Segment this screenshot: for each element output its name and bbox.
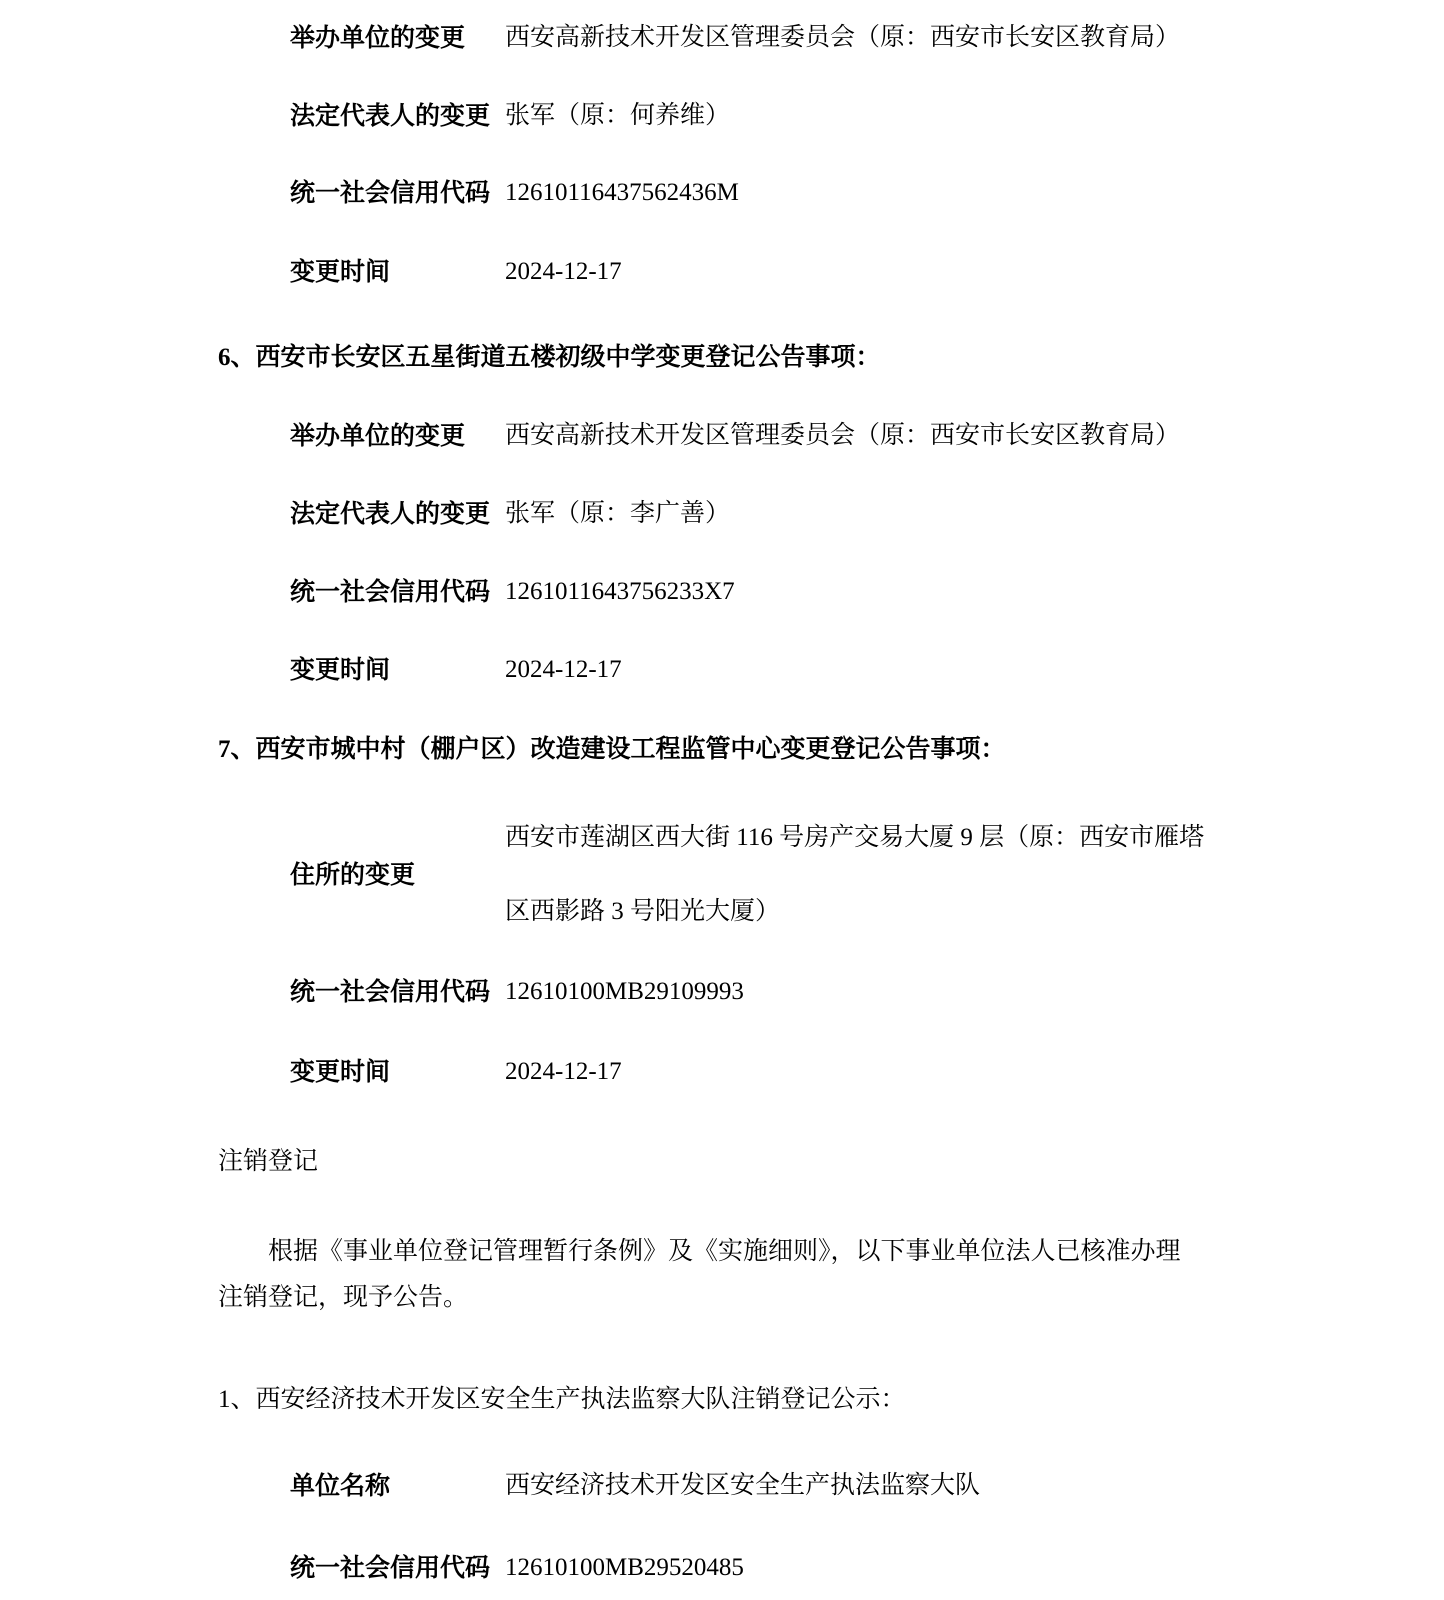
item6-credit-code-value: 1261011643756233X7 [505,575,735,609]
item5-sponsor-change-label: 举办单位的变更 [290,21,465,55]
item5-legal-rep-change-value: 张军（原：何养维） [505,99,730,133]
item5-sponsor-change-value: 西安高新技术开发区管理委员会（原：西安市长安区教育局） [505,21,1180,55]
cancellation-item1-heading: 1、西安经济技术开发区安全生产执法监察大队注销登记公示： [218,1383,906,1417]
item6-legal-rep-change-value: 张军（原：李广善） [505,497,730,531]
item5-legal-rep-change-label: 法定代表人的变更 [290,99,490,133]
announcement-document-page: 举办单位的变更 西安高新技术开发区管理委员会（原：西安市长安区教育局） 法定代表… [0,0,1444,1600]
cancellation-intro-line1: 根据《事业单位登记管理暂行条例》及《实施细则》，以下事业单位法人已核准办理 [268,1235,1181,1269]
item7-address-change-value-line1: 西安市莲湖区西大街 116 号房产交易大厦 9 层（原：西安市雁塔 [505,821,1204,855]
item7-address-change-value-line2: 区西影路 3 号阳光大厦） [505,895,780,929]
item6-sponsor-change-value: 西安高新技术开发区管理委员会（原：西安市长安区教育局） [505,419,1180,453]
item7-address-change-label: 住所的变更 [290,858,415,892]
cancellation-intro-line2: 注销登记，现予公告。 [218,1281,468,1315]
cancellation-section-heading: 注销登记 [218,1145,318,1179]
item7-change-date-value: 2024-12-17 [505,1055,622,1089]
item6-heading: 6、西安市长安区五星街道五楼初级中学变更登记公告事项： [218,341,881,375]
item7-credit-code-value: 12610100MB29109993 [505,975,744,1009]
item7-heading: 7、西安市城中村（棚户区）改造建设工程监管中心变更登记公告事项： [218,733,1006,767]
item6-change-date-label: 变更时间 [290,653,390,687]
item7-change-date-label: 变更时间 [290,1055,390,1089]
item6-change-date-value: 2024-12-17 [505,653,622,687]
cancellation-item1-unit-name-value: 西安经济技术开发区安全生产执法监察大队 [505,1469,980,1503]
cancellation-item1-credit-code-value: 12610100MB29520485 [505,1551,744,1585]
item5-change-date-label: 变更时间 [290,255,390,289]
item6-legal-rep-change-label: 法定代表人的变更 [290,497,490,531]
item5-change-date-value: 2024-12-17 [505,255,622,289]
item5-credit-code-label: 统一社会信用代码 [290,176,490,210]
cancellation-item1-credit-code-label: 统一社会信用代码 [290,1551,490,1585]
item5-credit-code-value: 12610116437562436M [505,176,739,210]
item7-credit-code-label: 统一社会信用代码 [290,975,490,1009]
cancellation-item1-unit-name-label: 单位名称 [290,1469,390,1503]
item6-credit-code-label: 统一社会信用代码 [290,575,490,609]
item6-sponsor-change-label: 举办单位的变更 [290,419,465,453]
